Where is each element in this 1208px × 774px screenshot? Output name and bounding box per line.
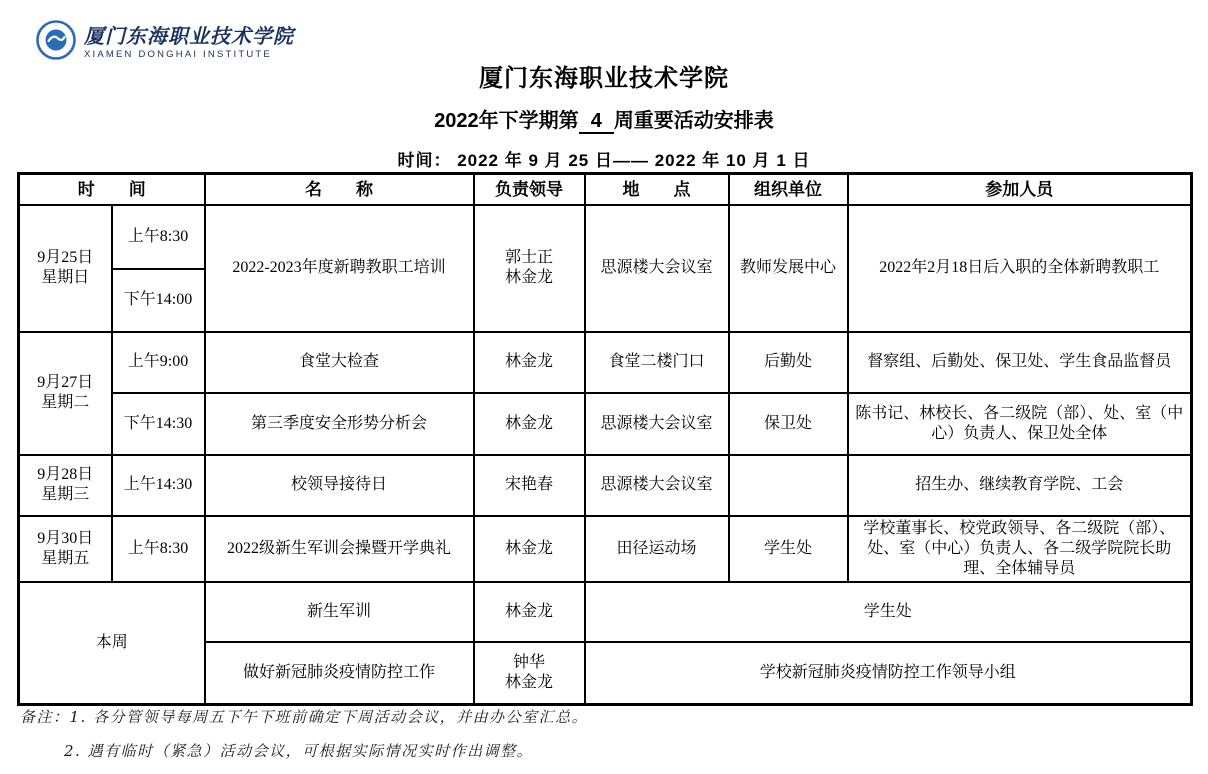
cell-location-g3: 思源楼大会议室 — [585, 455, 729, 516]
table-row: 9月27日 星期二 上午9:00 食堂大检查 林金龙 食堂二楼门口 后勤处 督察… — [19, 332, 1192, 393]
document-page: 厦门东海职业技术学院 XIAMEN DONGHAI INSTITUTE 厦门东海… — [0, 0, 1208, 774]
cell-date-g2: 9月27日 星期二 — [19, 332, 112, 455]
cell-location-g2-am: 食堂二楼门口 — [585, 332, 729, 393]
cell-participants-g5-r1: 学生处 — [585, 582, 1192, 642]
cell-participants-g2-pm: 陈书记、林校长、各二级院（部）、处、室（中心）负责人、保卫处全体 — [848, 393, 1192, 455]
cell-leader-g3: 宋艳春 — [474, 455, 585, 516]
col-header-name: 名 称 — [205, 174, 474, 205]
page-subtitle: 2022年下学期第4周重要活动安排表 — [0, 104, 1208, 133]
col-header-org: 组织单位 — [729, 174, 848, 205]
page-title: 厦门东海职业技术学院 — [0, 58, 1208, 93]
cell-time-g1-pm: 下午14:00 — [112, 269, 205, 332]
week-number: 4 — [579, 110, 614, 134]
remark-line-1: 备注：1. 各分管领导每周五下午下班前确定下周活动会议，并由办公室汇总。 — [20, 706, 588, 727]
cell-date-g5: 本周 — [19, 582, 205, 705]
schedule-table: 时 间 名 称 负责领导 地 点 组织单位 参加人员 9月25日 星期日 上午8… — [17, 172, 1193, 706]
cell-location-g2-pm: 思源楼大会议室 — [585, 393, 729, 455]
table-row: 下午14:30 第三季度安全形势分析会 林金龙 思源楼大会议室 保卫处 陈书记、… — [19, 393, 1192, 455]
cell-participants-g3: 招生办、继续教育学院、工会 — [848, 455, 1192, 516]
remark-line-2: 2. 遇有临时（紧急）活动会议，可根据实际情况实时作出调整。 — [64, 740, 533, 761]
subtitle-suffix: 周重要活动安排表 — [614, 110, 774, 132]
cell-org-g3 — [729, 455, 848, 516]
cell-name-g4: 2022级新生军训会操暨开学典礼 — [205, 516, 474, 582]
cell-org-g1: 教师发展中心 — [729, 205, 848, 332]
cell-leader-g5-r1: 林金龙 — [474, 582, 585, 642]
cell-name-g5-r1: 新生军训 — [205, 582, 474, 642]
cell-time-g4: 上午8:30 — [112, 516, 205, 582]
cell-leader-g1: 郭士正 林金龙 — [474, 205, 585, 332]
cell-name-g2-pm: 第三季度安全形势分析会 — [205, 393, 474, 455]
cell-time-g3: 上午14:30 — [112, 455, 205, 516]
cell-org-g2-pm: 保卫处 — [729, 393, 848, 455]
header-row: 时 间 名 称 负责领导 地 点 组织单位 参加人员 — [19, 174, 1192, 205]
logo-chinese-name: 厦门东海职业技术学院 — [84, 26, 294, 47]
cell-participants-g1: 2022年2月18日后入职的全体新聘教职工 — [848, 205, 1192, 332]
cell-leader-g4: 林金龙 — [474, 516, 585, 582]
cell-name-g1: 2022-2023年度新聘教职工培训 — [205, 205, 474, 332]
col-header-participants: 参加人员 — [848, 174, 1192, 205]
cell-name-g5-r2: 做好新冠肺炎疫情防控工作 — [205, 642, 474, 705]
table-row: 9月25日 星期日 上午8:30 2022-2023年度新聘教职工培训 郭士正 … — [19, 205, 1192, 269]
date-range: 时间： 2022 年 9 月 25 日—— 2022 年 10 月 1 日 — [0, 146, 1208, 171]
cell-time-g2-am: 上午9:00 — [112, 332, 205, 393]
cell-participants-g2-am: 督察组、后勤处、保卫处、学生食品监督员 — [848, 332, 1192, 393]
cell-time-g1-am: 上午8:30 — [112, 205, 205, 269]
cell-participants-g5-r2: 学校新冠肺炎疫情防控工作领导小组 — [585, 642, 1192, 705]
subtitle-prefix: 2022年下学期第 — [434, 110, 579, 132]
cell-time-g2-pm: 下午14:30 — [112, 393, 205, 455]
table-row: 9月30日 星期五 上午8:30 2022级新生军训会操暨开学典礼 林金龙 田径… — [19, 516, 1192, 582]
cell-participants-g4: 学校董事长、校党政领导、各二级院（部）、处、室（中心）负责人、各二级学院院长助理… — [848, 516, 1192, 582]
cell-name-g3: 校领导接待日 — [205, 455, 474, 516]
cell-location-g4: 田径运动场 — [585, 516, 729, 582]
table-row: 本周 新生军训 林金龙 学生处 — [19, 582, 1192, 642]
cell-leader-g2-pm: 林金龙 — [474, 393, 585, 455]
table-row: 9月28日 星期三 上午14:30 校领导接待日 宋艳春 思源楼大会议室 招生办… — [19, 455, 1192, 516]
cell-name-g2-am: 食堂大检查 — [205, 332, 474, 393]
col-header-leader: 负责领导 — [474, 174, 585, 205]
col-header-time: 时 间 — [19, 174, 205, 205]
cell-date-g4: 9月30日 星期五 — [19, 516, 112, 582]
cell-leader-g2-am: 林金龙 — [474, 332, 585, 393]
cell-date-g3: 9月28日 星期三 — [19, 455, 112, 516]
cell-location-g1: 思源楼大会议室 — [585, 205, 729, 332]
col-header-location: 地 点 — [585, 174, 729, 205]
cell-org-g2-am: 后勤处 — [729, 332, 848, 393]
cell-org-g4: 学生处 — [729, 516, 848, 582]
cell-leader-g5-r2: 钟华 林金龙 — [474, 642, 585, 705]
cell-date-g1: 9月25日 星期日 — [19, 205, 112, 332]
